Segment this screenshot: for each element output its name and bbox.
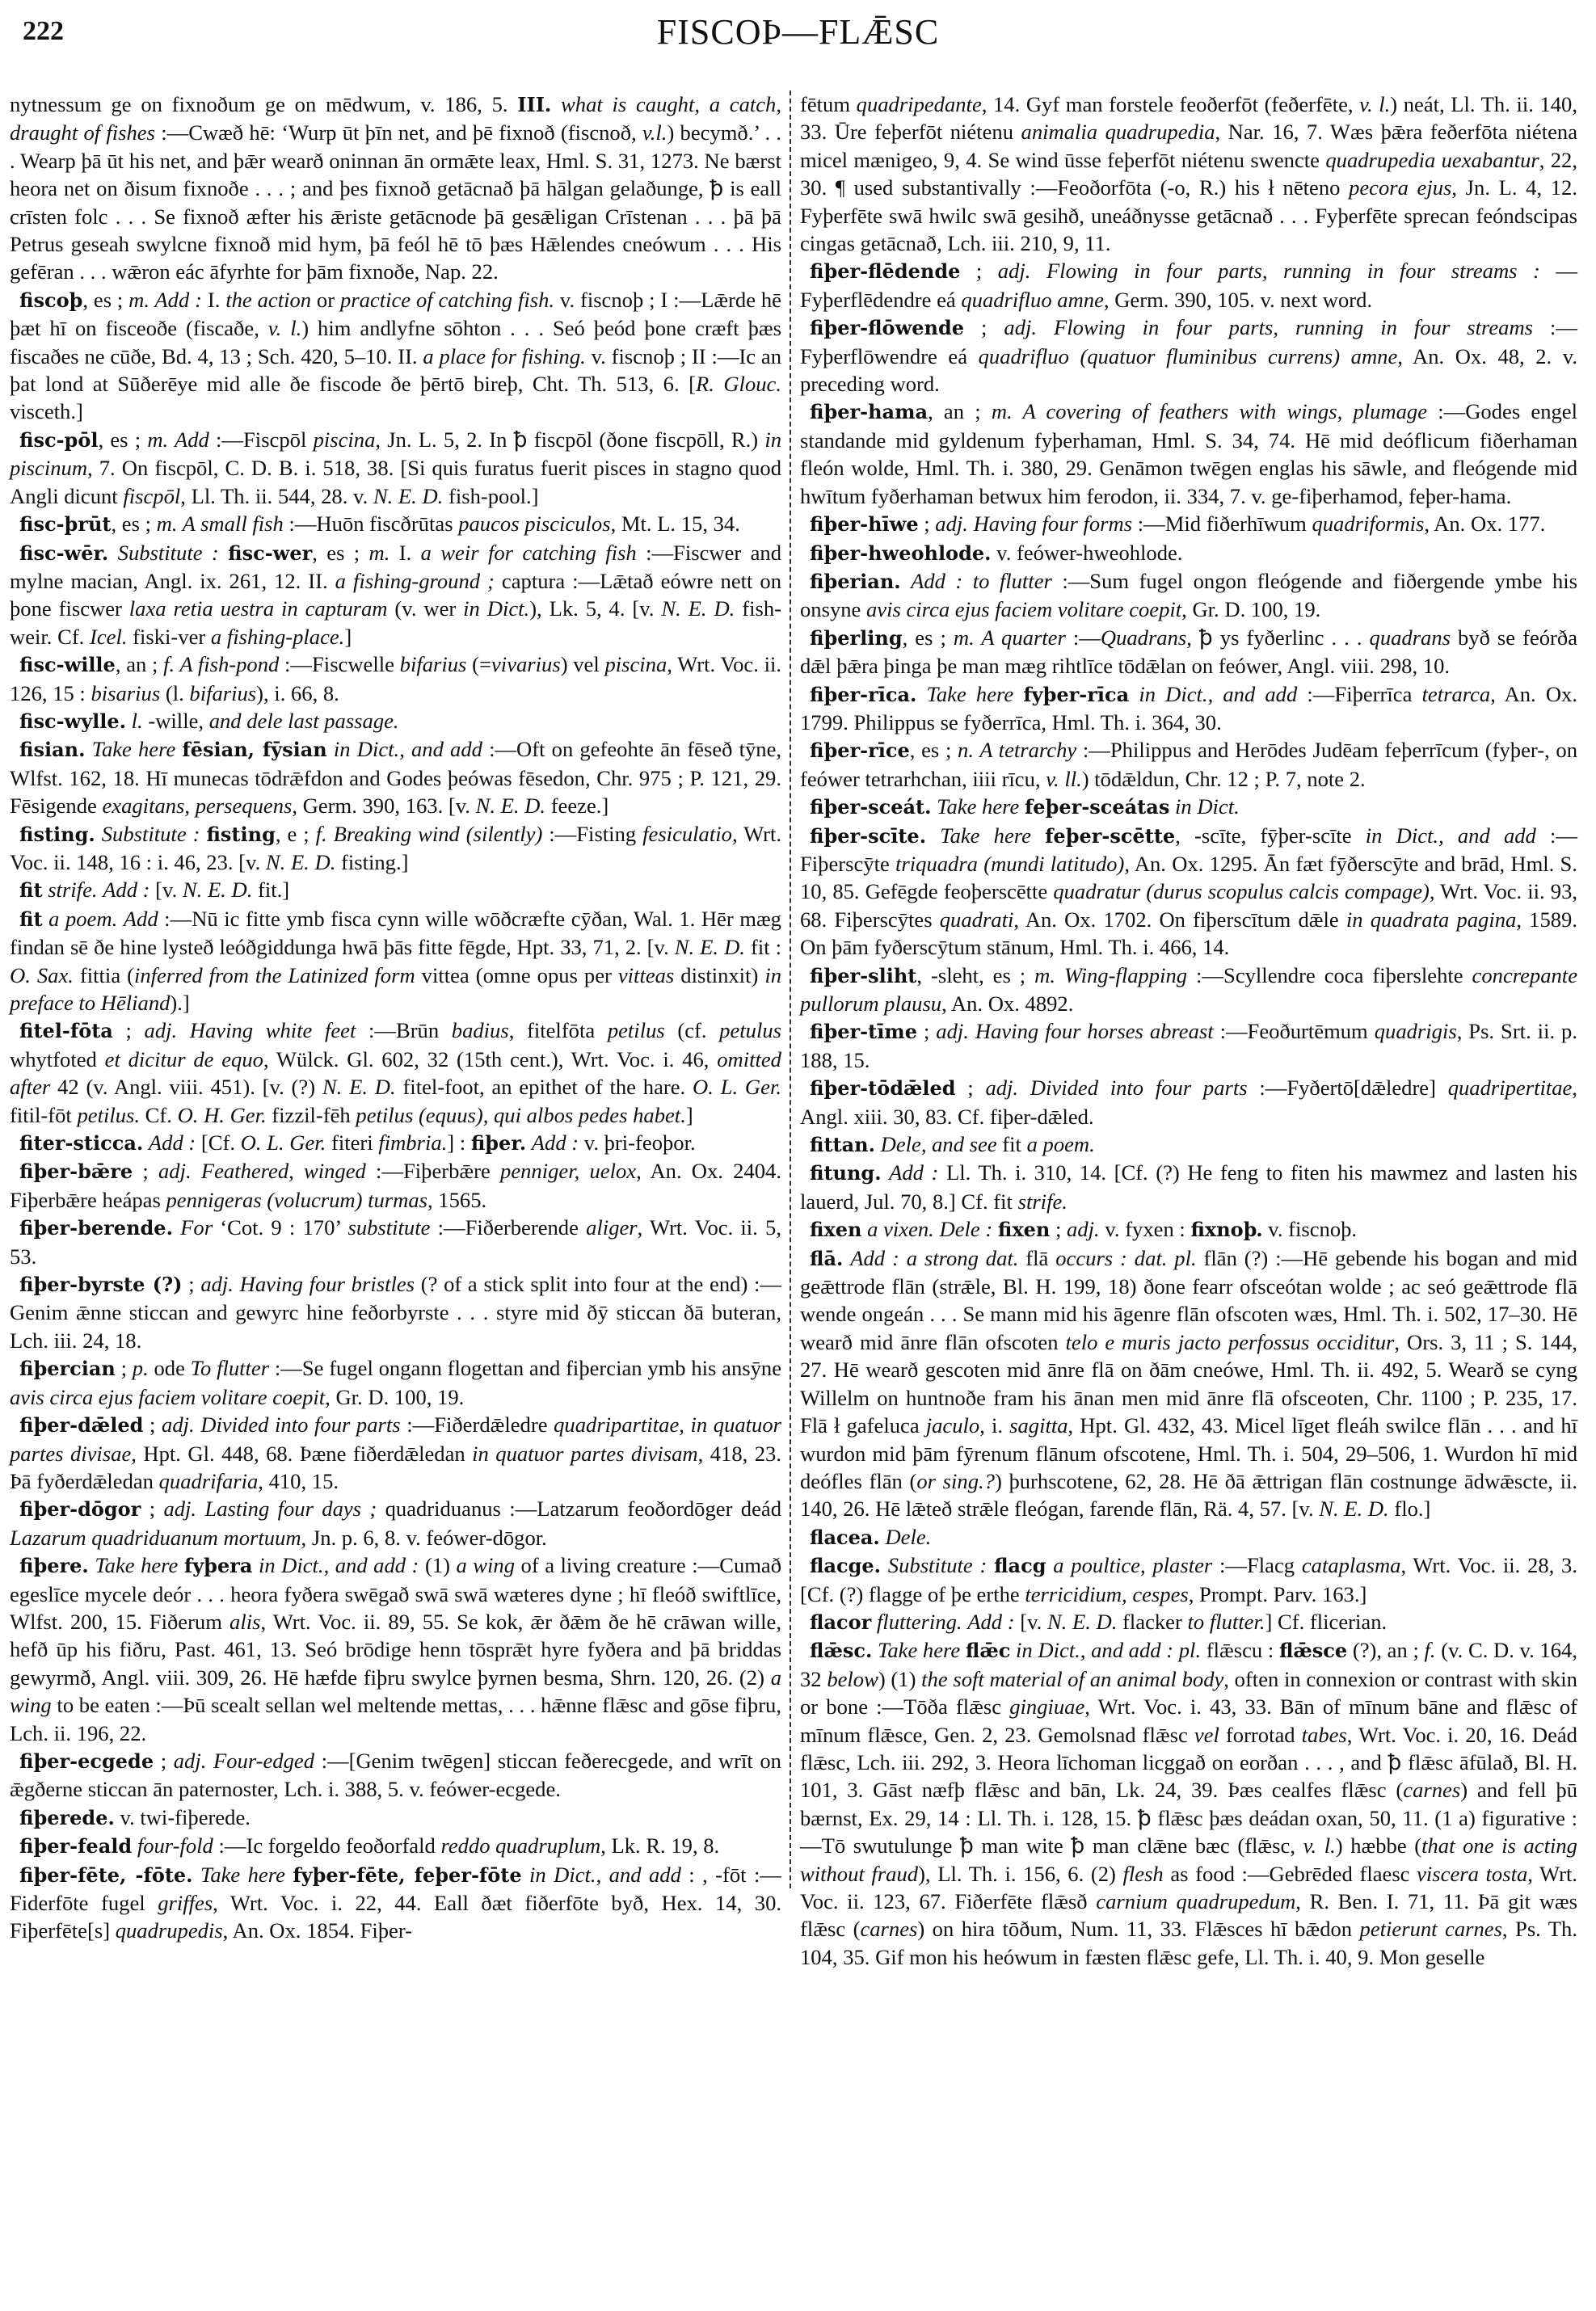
italic-text: m. [369,541,390,565]
italic-text: a fishing-place. [211,625,344,649]
headword: fiter-sticca. [19,1131,143,1155]
entry-text: fiteri [326,1130,378,1155]
headword: fisting. [19,823,95,846]
italic-text: in quatuor partes divisam [472,1442,698,1466]
italic-text: N. E. D. [1319,1496,1388,1521]
entry-text: ] : [447,1130,471,1155]
italic-text: vel [1194,1723,1219,1747]
headword: fiþer-sliht [810,964,916,987]
italic-text: Take here [927,682,1014,706]
italic-text: the action [225,288,311,312]
entry-text [85,737,91,761]
dictionary-entry: fiþere. Take here fyþera in Dict., and a… [10,1551,781,1747]
running-head: FISCOÞ—FLǢSC [23,11,1573,53]
entry-text: , Jn. L. 5, 2. In ꝥ fiscpōl (ðone fiscpō… [375,427,764,452]
entry-text [285,1863,293,1887]
italic-text: fesiculatio [642,822,732,846]
italic-text: f. A fish-pond [163,652,279,676]
italic-text: paucos pisciculos [458,511,610,536]
italic-text: Take here [92,737,176,761]
italic-text: in Dict., and add : [259,1553,419,1577]
italic-text: or sing.? [916,1469,995,1493]
italic-text: petilus [608,1018,665,1042]
headword: fit [19,907,43,931]
entry-text: , Wülck. Gl. 602, 32 (15th cent.), Wrt. … [263,1047,717,1071]
headword: flā. [810,1247,843,1270]
headword: flacge. [810,1554,881,1577]
headword: fiþer-hama [810,400,928,423]
entry-text: ) hæbbe ( [1336,1833,1421,1858]
italic-text: quadriformis [1312,511,1424,536]
entry-text: vittea (omne opus per [415,963,618,987]
italic-text: Substitute : [118,541,219,565]
italic-text: sagitta [1009,1413,1068,1438]
entry-text: , Germ. 390, 163. [v. [292,793,475,818]
italic-text: carnium quadrupedum [1096,1889,1295,1913]
italic-text: a fishing-ground ; [335,569,495,593]
italic-text: animalia quadrupedia [1021,120,1215,144]
italic-text: in Dict., and add [1139,682,1297,706]
italic-text: in Dict., and add [1366,823,1536,848]
italic-text: adj. [1067,1217,1100,1241]
entry-text: :—Flacg [1212,1553,1302,1577]
italic-text: l. [132,709,143,733]
dictionary-entry: fiþer-scīte. Take here feþer-scētte, -sc… [800,822,1577,962]
entry-text: v. twi-fiþerede. [115,1805,251,1829]
italic-text: avis circa ejus faciem volitare coepit [866,597,1181,621]
entry-text: ; [964,315,1004,339]
entry-text: feeze.] [545,793,609,818]
entry-text [843,1246,850,1270]
entry-text: (= [466,652,491,676]
italic-text: piscina [604,652,667,676]
italic-text: fiscpōl [123,484,180,508]
dictionary-body: nytnessum ge on fixnoðum ge on mēdwum, v… [10,91,1585,1925]
headword: fisian. [19,738,85,761]
italic-text: a wing [456,1553,515,1577]
italic-text: f. Breaking wind (silently) [316,822,543,846]
italic-text: petierunt carnes [1360,1917,1502,1941]
entry-text: ) tōdǣldun, Chr. 12 ; P. 7, note 2. [1082,767,1366,791]
entry-text: v. fiscnoþ. [1263,1217,1357,1241]
italic-text: adj. Having four bristles [200,1272,415,1296]
headword: fisc-wille [19,653,116,676]
column-divider [790,91,791,1888]
entry-text: flǣscu : [1201,1638,1279,1662]
entry-text: , es ; [903,625,954,650]
entry-text: v. þri-feoþor. [579,1130,696,1155]
italic-text: and dele last passage. [209,709,399,733]
italic-text: strife. [1018,1189,1068,1214]
headword: fiþer-feald [19,1834,132,1858]
dictionary-entry: fiscoþ, es ; m. Add : I. the action or p… [10,286,781,426]
entry-text: forrotad [1219,1723,1302,1747]
headword: fiþer-flōwende [810,316,964,339]
italic-text: tetrarca [1422,682,1491,706]
italic-text: v. l. [1303,1833,1336,1858]
italic-text: Add : [967,1610,1014,1634]
italic-text: m. A quarter [954,625,1066,650]
entry-text [871,1610,877,1634]
entry-text: flā [1018,1246,1055,1270]
entry-text: or [311,288,340,312]
italic-text: Take here [95,1553,178,1577]
entry-text: ] [344,625,352,649]
dictionary-entry: fiþer-tōdǣled ; adj. Divided into four p… [800,1074,1577,1130]
italic-text: quadrans [1370,625,1451,650]
entry-text: , An. Ox. 4892. [941,991,1073,1016]
entry-text: , Ll. Th. ii. 544, 28. v. [180,484,373,508]
italic-text: m. A covering of feathers with wings, pl… [992,399,1427,423]
left-column: nytnessum ge on fixnoðum ge on mēdwum, v… [10,91,781,1945]
entry-text: [Cf. [196,1130,240,1155]
entry-text: (1) [419,1553,456,1577]
dictionary-entry: fittan. Dele, and see fit a poem. [800,1130,1577,1159]
entry-text: ).] [170,991,189,1015]
italic-text: vivarius [491,652,561,676]
italic-text: v. ll. [1046,767,1082,791]
italic-text: quadrifluo amne [961,288,1104,312]
entry-text: (?), an ; [1347,1638,1424,1662]
dictionary-entry: flacor fluttering. Add : [v. N. E. D. fl… [800,1608,1577,1636]
italic-text: Substitute : [102,822,200,846]
italic-text: Icel. [90,625,128,649]
entry-text: , Prompt. Parv. 163.] [1189,1582,1367,1606]
dictionary-entry: fixen a vixen. Dele : fixen ; adj. v. fy… [800,1215,1577,1244]
headword: fiþer-berende. [19,1216,173,1240]
italic-text: m. Add : [128,288,202,312]
entry-text: v. feówer-hweohlode. [991,541,1182,565]
headword: fiþer-hīwe [810,512,919,536]
italic-text: m. A small fish [157,511,284,536]
entry-text: (l. [160,681,189,705]
headword: fiþere. [19,1554,89,1577]
dictionary-entry: flā. Add : a strong dat. flā occurs : da… [800,1244,1577,1523]
entry-text: :— [1066,625,1101,650]
entry-text: , An. Ox. 177. [1424,511,1545,536]
entry-text: , Jn. p. 6, 8. v. feówer-dōgor. [301,1526,547,1550]
italic-text: Take here [878,1638,960,1662]
dictionary-entry: fiþerling, es ; m. A quarter :—Quadrans,… [800,624,1577,680]
italic-text: For [180,1215,213,1240]
headword: fiþer-ecgede [19,1749,154,1773]
headword: fiþerian. [810,570,901,593]
entry-text: , Lk. R. 19, 8. [600,1833,719,1858]
italic-text: triquadra (mundi latitudo) [895,852,1124,876]
italic-text: adj. Four-edged [174,1749,314,1773]
italic-text: alis [230,1610,260,1634]
entry-text: , 410, 15. [258,1469,339,1493]
entry-text [143,1130,149,1155]
entry-text: , Germ. 390, 105. v. next word. [1104,288,1372,312]
italic-text: in Dict. [529,1863,596,1887]
italic-text: badius [452,1018,509,1042]
entry-text: nytnessum ge on fixnoðum ge on mēdwum, v… [10,92,517,116]
entry-text [117,907,124,931]
italic-text: N. E. D. [1047,1610,1117,1634]
italic-text: O. H. Ger. [178,1103,267,1127]
italic-text: petulus [719,1018,781,1042]
entry-text: , [596,1863,609,1887]
entry-text [916,682,926,706]
entry-continuation: nytnessum ge on fixnoðum ge on mēdwum, v… [10,91,781,286]
entry-text [327,737,334,761]
entry-text: fit : [745,935,781,959]
italic-text: a weir for catching fish [421,541,637,565]
entry-text: ; [116,1356,133,1380]
italic-text: a vixen. [867,1217,934,1241]
italic-text: quadripedante [857,92,982,116]
italic-text: N. E. D. [266,850,335,874]
entry-text: :—Fiþerbǣre [366,1159,500,1183]
headword: fisc-wylle. [19,709,126,733]
entry-text [173,1215,180,1240]
entry-text: v. fyxen : [1100,1217,1191,1241]
italic-text: quadrifaria [159,1469,259,1493]
headword: fiþer-rīca. [810,683,916,706]
dictionary-entry: fisian. Take here fēsian, fȳsian in Dict… [10,735,781,819]
dictionary-entry: fitel-fōta ; adj. Having white feet :—Br… [10,1017,781,1129]
entry-text: 42 (v. Angl. viii. 451). [v. (?) [50,1075,322,1099]
entry-text: , 1565. [427,1188,486,1212]
entry-text [522,1863,529,1887]
italic-text: carnes [1403,1778,1460,1802]
entry-text [178,1553,184,1577]
headword: fit [19,878,43,902]
headword: fiþer-tōdǣled [810,1076,956,1100]
headword: fisc-wer [228,541,312,565]
entry-text [960,1638,966,1662]
italic-text: pennigeras (volucrum) turmas [166,1188,427,1212]
dictionary-entry: fiþer-hīwe ; adj. Having four forms :—Mi… [800,510,1577,538]
italic-text: Take here [200,1863,285,1887]
headword: fiþer-sceát. [810,795,932,819]
italic-text: adj. Having white feet [145,1018,356,1042]
entry-text [193,1863,200,1887]
dictionary-entry: fiþer-flēdende ; adj. Flowing in four pa… [800,257,1577,314]
italic-text: below [827,1667,878,1691]
italic-text: substitute [347,1215,430,1240]
entry-text: ] Cf. flicerian. [1265,1610,1388,1634]
entry-text: , an ; [928,399,992,423]
headword: fiþer-hweohlode. [810,541,991,565]
italic-text: Dele : [940,1217,993,1241]
entry-text: :—Fisting [542,822,642,846]
entry-text: :—Fiscwelle [279,652,399,676]
entry-text: ; [133,1159,158,1183]
dictionary-entry: fiþer-hama, an ; m. A covering of feathe… [800,398,1577,510]
headword: fiþercian [19,1357,116,1380]
entry-text: :—Ic forgeldo feoðorfald [213,1833,441,1858]
headword: flǣc [966,1639,1010,1662]
entry-text: , ꝥ ys fyðerlinc . . . [1186,625,1369,650]
italic-text: in Dict. [463,596,529,621]
italic-text: adj. Having four horses abreast [936,1019,1213,1043]
italic-text: reddo quadruplum [440,1833,600,1858]
entry-text: fizzil-fēh [267,1103,356,1127]
italic-text: in Dict., and add : pl. [1016,1638,1201,1662]
entry-text: visceth.] [10,399,83,423]
italic-text: and add [609,1863,681,1887]
dictionary-entry: fiþer-sceát. Take here feþer-sceátas in … [800,793,1577,821]
italic-text: carnes [860,1917,917,1941]
italic-text: pecora ejus [1349,175,1451,200]
entry-text: , an ; [116,652,163,676]
entry-text: ), Lk. 5, 4. [v. [529,596,661,621]
italic-text: to flutter. [1187,1610,1265,1634]
entry-text [992,1217,998,1241]
italic-text: Add : [149,1130,196,1155]
entry-text: [v. [1015,1610,1047,1634]
entry-text [881,1553,888,1577]
headword: fēsian, fȳsian [182,738,326,761]
italic-text: avis circa ejus faciem volitare coepit [10,1385,325,1409]
entry-text [1129,682,1139,706]
italic-text: Add : to flutter [911,569,1052,593]
italic-text: Dele, and see [881,1132,997,1156]
entry-text [1019,794,1025,819]
dictionary-entry: fisc-þrūt, es ; m. A small fish :—Huōn f… [10,510,781,538]
entry-text: :—Cwæð hē: ‘Wurp ūt þīn net, and þē fixn… [155,120,642,145]
dictionary-entry: fiþer-byrste (?) ; adj. Having four bris… [10,1270,781,1354]
headword: fittan. [810,1133,875,1156]
italic-text: Dele. [885,1525,931,1549]
entry-text: ; [154,1749,174,1773]
italic-text: R. Glouc. [696,372,781,396]
italic-text: O. L. Ger. [693,1075,781,1099]
entry-text: flo.] [1389,1496,1431,1521]
headword: fiscoþ [19,288,82,312]
italic-text: strife. [48,878,97,902]
entry-text: ), Ll. Th. i. 156, 6. (2) [918,1862,1122,1886]
entry-text [882,1160,890,1185]
entry-text [934,1217,940,1241]
italic-text: occurs : dat. pl. [1055,1246,1196,1270]
italic-text: terricidium, cespes [1025,1582,1188,1606]
italic-text: the soft material of an animal body [921,1667,1223,1691]
entry-text [987,1553,994,1577]
dictionary-entry: fisc-wille, an ; f. A fish-pond :—Fiscwe… [10,650,781,707]
italic-text: Add : [889,1160,938,1185]
italic-text: m. Wing-flapping [1034,963,1187,987]
entry-text: :—Fiþerrīca [1297,682,1421,706]
italic-text: Add : [532,1130,579,1155]
entry-text: fitil-fōt [10,1103,77,1127]
italic-text: m. Add [147,427,208,452]
italic-text: Quadrans [1101,625,1186,650]
entry-text [108,541,117,565]
entry-text: :—Scyllendre coca fiþerslehte [1187,963,1472,987]
italic-text: Take here [937,794,1019,819]
entry-text: quadriduanus :—Latzarum feoðordōger deád [377,1496,781,1521]
italic-text: cataplasma [1302,1553,1401,1577]
entry-text: , 14. Gyf man forstele feoðerfōt (feðerf… [982,92,1359,116]
entry-text [875,1132,881,1156]
entry-text: [v. [150,878,183,902]
headword: III. [517,93,551,116]
italic-text: quadrigis [1375,1019,1457,1043]
headword: fiþer-rīce [810,739,910,762]
italic-text: four-fold [137,1833,213,1858]
dictionary-entry: fiþer-dōgor ; adj. Lasting four days ; q… [10,1495,781,1551]
headword: flǣsc. [810,1639,872,1662]
italic-text: p. [133,1356,149,1380]
entry-text: fittia ( [74,963,134,987]
italic-text: telo e muris jacto perfossus occiditur [1066,1330,1395,1354]
entry-text: fiski-ver [128,625,211,649]
italic-text: a poem. [1027,1132,1095,1156]
entry-text: fit [997,1132,1027,1156]
entry-text: as food :—Gebrēded flaesc [1164,1862,1417,1886]
dictionary-entry: fiþer-bǣre ; adj. Feathered, winged :—Fi… [10,1157,781,1214]
entry-text: -wille, [143,709,209,733]
page-header: 222 FISCOÞ—FLǢSC [23,11,1573,60]
italic-text: f. [1425,1638,1436,1662]
italic-text: Substitute : [888,1553,987,1577]
entry-text: , es ; [312,541,368,565]
italic-text: adj. Feathered, winged [158,1159,366,1183]
headword: fixen [810,1218,861,1241]
italic-text: quadrifluo (quatuor fluminibus currens) … [979,344,1398,368]
entry-text: , -sleht, es ; [916,963,1034,987]
entry-text: ; [183,1272,201,1296]
entry-text: fisting.] [335,850,408,874]
italic-text: flesh [1122,1862,1163,1886]
italic-text: O. L. Ger. [241,1130,326,1155]
entry-text: (cf. [665,1018,719,1042]
entry-text: :—Feoðurtēmum [1214,1019,1375,1043]
entry-text: ‘Cot. 9 : 170’ [213,1215,347,1240]
italic-text: gingiuae [1009,1694,1084,1719]
entry-text: :—Se fugel ongann flogettan and fiþercia… [269,1356,781,1380]
italic-text: practice of catching fish. [340,288,554,312]
italic-text: quadrati [940,907,1014,932]
italic-text: a place for fishing. [423,344,585,368]
italic-text: Lazarum quadriduanum mortuum [10,1526,301,1550]
entry-text [1169,794,1175,819]
dictionary-entry: flacge. Substitute : flacg a poultice, p… [800,1551,1577,1608]
headword: fiþerling [810,626,903,650]
headword: fiþer-bǣre [19,1160,133,1183]
dictionary-entry: fitung. Add : Ll. Th. i. 310, 14. [Cf. (… [800,1159,1577,1215]
dictionary-entry: fisc-pōl, es ; m. Add :—Fiscpōl piscina,… [10,426,781,510]
headword: fiþer-tīme [810,1020,917,1043]
italic-text: adj. Flowing in four parts, running in f… [998,259,1540,283]
headword: feþer-scētte [1045,824,1175,848]
headword: fisc-wēr. [19,541,108,565]
dictionary-entry: fit a poem. Add :—Nū ic fitte ymb fisca … [10,905,781,1017]
entry-text: , Gr. D. 100, 19. [1181,597,1320,621]
entry-text: , Hpt. Gl. 448, 68. Þæne fiðerdǣledan [131,1442,472,1466]
entry-text: fitel-foot, an epithet of the hare. [396,1075,693,1099]
italic-text: griffes [158,1891,213,1915]
italic-text: tabes [1302,1723,1347,1747]
italic-text: bifarius [189,681,256,705]
entry-text [95,822,102,846]
headword: fixen [998,1218,1050,1241]
italic-text: N. E. D. [675,935,745,959]
headword: fiþer-scīte. [810,824,926,848]
headword: fitung. [810,1161,882,1185]
entry-text: :—Brūn [356,1018,451,1042]
entry-text: , Gr. D. 100, 19. [325,1385,464,1409]
entry-text: :—Fiscpōl [209,427,314,452]
italic-text: N. E. D. [476,793,545,818]
italic-text: adj. Having four forms [935,511,1132,536]
italic-text: v.l. [642,120,667,145]
entry-text: , An. Ox. 1702. On fiþerscītum dǣle [1013,907,1345,932]
entry-text: :—Fiðerberende [430,1215,586,1240]
